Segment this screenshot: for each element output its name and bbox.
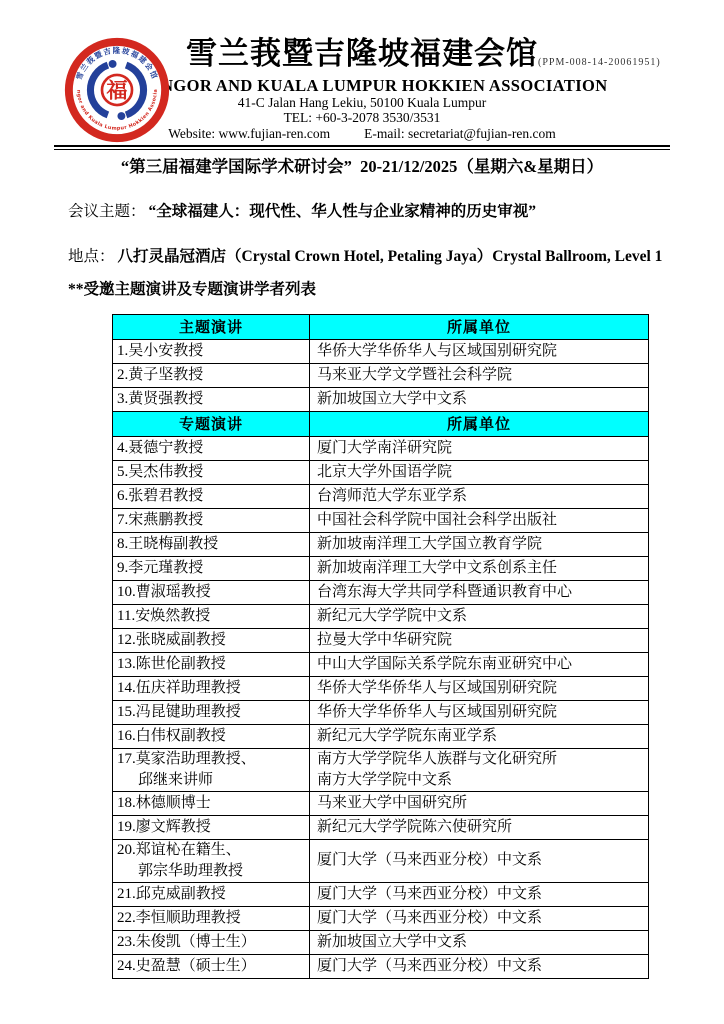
speaker-cell: 4.聂德宁教授 — [113, 436, 310, 460]
affiliation-cell: 台湾东海大学共同学科暨通识教育中心 — [310, 580, 649, 604]
table-row: 11.安焕然教授新纪元大学学院中文系 — [113, 604, 649, 628]
conference-theme: 会议主题：“全球福建人：现代性、华人性与企业家精神的历史审视” — [68, 202, 684, 222]
affiliation-cell: 北京大学外国语学院 — [310, 460, 649, 484]
table-row: 24.史盈慧（硕士生）厦门大学（马来西亚分校）中文系 — [113, 954, 649, 978]
speaker-cell: 2.黄子坚教授 — [113, 363, 310, 387]
affiliation-cell: 厦门大学南洋研究院 — [310, 436, 649, 460]
table-row: 10.曹淑瑶教授台湾东海大学共同学科暨通识教育中心 — [113, 580, 649, 604]
speaker-cell: 22.李恒顺助理教授 — [113, 906, 310, 930]
speaker-cell: 18.林德顺博士 — [113, 791, 310, 815]
table-row: 1.吴小安教授华侨大学华侨华人与区域国别研究院 — [113, 339, 649, 363]
speaker-cell: 7.宋燕鹏教授 — [113, 508, 310, 532]
affiliation-cell: 厦门大学（马来西亚分校）中文系 — [310, 906, 649, 930]
affiliation-cell: 新加坡南洋理工大学国立教育学院 — [310, 532, 649, 556]
column-header: 所属单位 — [310, 314, 649, 339]
affiliation-cell: 华侨大学华侨华人与区域国别研究院 — [310, 700, 649, 724]
conference-venue: 地点：八打灵晶冠酒店（Crystal Crown Hotel, Petaling… — [68, 247, 684, 267]
table-row: 2.黄子坚教授马来亚大学文学暨社会科学院 — [113, 363, 649, 387]
table-row: 8.王晓梅副教授新加坡南洋理工大学国立教育学院 — [113, 532, 649, 556]
speaker-cell: 16.白伟权副教授 — [113, 724, 310, 748]
speaker-cell: 9.李元瑾教授 — [113, 556, 310, 580]
table-row: 22.李恒顺助理教授厦门大学（马来西亚分校）中文系 — [113, 906, 649, 930]
affiliation-cell: 拉曼大学中华研究院 — [310, 628, 649, 652]
speaker-cell: 13.陈世伦副教授 — [113, 652, 310, 676]
conference-title: “第三届福建学国际学术研讨会” 20-21/12/2025（星期六&星期日） — [0, 156, 724, 177]
speaker-cell: 11.安焕然教授 — [113, 604, 310, 628]
document-page: 雪兰莪暨吉隆坡福建会馆 Selangor and Kuala Lumpur Ho… — [0, 0, 724, 1024]
speaker-cell: 10.曹淑瑶教授 — [113, 580, 310, 604]
speaker-list-note: **受邀主题演讲及专题演讲学者列表 — [68, 280, 684, 300]
speaker-cell: 6.张碧君教授 — [113, 484, 310, 508]
affiliation-cell: 马来亚大学文学暨社会科学院 — [310, 363, 649, 387]
speaker-cell: 24.史盈慧（硕士生） — [113, 954, 310, 978]
speaker-cell: 20.郑谊杺在籍生、郭宗华助理教授 — [113, 839, 310, 882]
affiliation-cell: 新纪元大学学院东南亚学系 — [310, 724, 649, 748]
affiliation-cell: 台湾师范大学东亚学系 — [310, 484, 649, 508]
table-row: 15.冯昆键助理教授华侨大学华侨华人与区域国别研究院 — [113, 700, 649, 724]
affiliation-cell: 中山大学国际关系学院东南亚研究中心 — [310, 652, 649, 676]
table-row: 3.黄贤强教授新加坡国立大学中文系 — [113, 387, 649, 411]
affiliation-cell: 新纪元大学学院陈六使研究所 — [310, 815, 649, 839]
affiliation-cell: 中国社会科学院中国社会科学出版社 — [310, 508, 649, 532]
association-logo: 雪兰莪暨吉隆坡福建会馆 Selangor and Kuala Lumpur Ho… — [64, 37, 170, 143]
table-row: 19.廖文辉教授新纪元大学学院陈六使研究所 — [113, 815, 649, 839]
affiliation-cell: 厦门大学（马来西亚分校）中文系 — [310, 839, 649, 882]
speaker-cell: 15.冯昆键助理教授 — [113, 700, 310, 724]
speaker-cell: 5.吴杰伟教授 — [113, 460, 310, 484]
table-section-header-row: 专题演讲所属单位 — [113, 411, 649, 436]
speaker-cell: 17.莫家浩助理教授、邱继来讲师 — [113, 748, 310, 791]
speaker-cell: 19.廖文辉教授 — [113, 815, 310, 839]
table-row: 23.朱俊凯（博士生）新加坡国立大学中文系 — [113, 930, 649, 954]
org-name-chinese: 雪兰莪暨吉隆坡福建会馆(PPM-008-14-20061951) — [186, 37, 538, 71]
table-row: 16.白伟权副教授新纪元大学学院东南亚学系 — [113, 724, 649, 748]
speaker-cell: 14.伍庆祥助理教授 — [113, 676, 310, 700]
table-row: 12.张晓威副教授拉曼大学中华研究院 — [113, 628, 649, 652]
table-row: 7.宋燕鹏教授中国社会科学院中国社会科学出版社 — [113, 508, 649, 532]
affiliation-cell: 南方大学学院华人族群与文化研究所南方大学学院中文系 — [310, 748, 649, 791]
affiliation-cell: 新加坡南洋理工大学中文系创系主任 — [310, 556, 649, 580]
speaker-cell: 23.朱俊凯（博士生） — [113, 930, 310, 954]
table-row: 4.聂德宁教授厦门大学南洋研究院 — [113, 436, 649, 460]
logo-fu-glyph: 福 — [106, 78, 127, 103]
table-row: 5.吴杰伟教授北京大学外国语学院 — [113, 460, 649, 484]
table-row: 17.莫家浩助理教授、邱继来讲师南方大学学院华人族群与文化研究所南方大学学院中文… — [113, 748, 649, 791]
theme-label: 会议主题： — [68, 203, 146, 220]
affiliation-cell: 厦门大学（马来西亚分校）中文系 — [310, 882, 649, 906]
table-row: 20.郑谊杺在籍生、郭宗华助理教授厦门大学（马来西亚分校）中文系 — [113, 839, 649, 882]
theme-text: “全球福建人：现代性、华人性与企业家精神的历史审视” — [149, 203, 537, 220]
table-row: 21.邱克威副教授厦门大学（马来西亚分校）中文系 — [113, 882, 649, 906]
affiliation-cell: 华侨大学华侨华人与区域国别研究院 — [310, 339, 649, 363]
table-row: 14.伍庆祥助理教授华侨大学华侨华人与区域国别研究院 — [113, 676, 649, 700]
speaker-cell: 3.黄贤强教授 — [113, 387, 310, 411]
table-row: 9.李元瑾教授新加坡南洋理工大学中文系创系主任 — [113, 556, 649, 580]
affiliation-cell: 马来亚大学中国研究所 — [310, 791, 649, 815]
speaker-cell: 21.邱克威副教授 — [113, 882, 310, 906]
column-header: 专题演讲 — [113, 411, 310, 436]
header-divider — [54, 145, 670, 150]
speaker-cell: 12.张晓威副教授 — [113, 628, 310, 652]
affiliation-cell: 新纪元大学学院中文系 — [310, 604, 649, 628]
table-row: 18.林德顺博士马来亚大学中国研究所 — [113, 791, 649, 815]
speaker-cell: 8.王晓梅副教授 — [113, 532, 310, 556]
column-header: 主题演讲 — [113, 314, 310, 339]
venue-label: 地点： — [68, 248, 115, 265]
affiliation-cell: 新加坡国立大学中文系 — [310, 387, 649, 411]
letterhead: 雪兰莪暨吉隆坡福建会馆 Selangor and Kuala Lumpur Ho… — [0, 0, 724, 141]
speakers-table: 主题演讲所属单位1.吴小安教授华侨大学华侨华人与区域国别研究院2.黄子坚教授马来… — [112, 314, 649, 979]
table-row: 6.张碧君教授台湾师范大学东亚学系 — [113, 484, 649, 508]
affiliation-cell: 华侨大学华侨华人与区域国别研究院 — [310, 676, 649, 700]
registration-number: (PPM-008-14-20061951) — [538, 46, 661, 80]
venue-text: 八打灵晶冠酒店（Crystal Crown Hotel, Petaling Ja… — [118, 248, 663, 265]
org-website: Website: www.fujian-ren.com — [168, 127, 330, 141]
affiliation-cell: 新加坡国立大学中文系 — [310, 930, 649, 954]
column-header: 所属单位 — [310, 411, 649, 436]
table-row: 13.陈世伦副教授中山大学国际关系学院东南亚研究中心 — [113, 652, 649, 676]
affiliation-cell: 厦门大学（马来西亚分校）中文系 — [310, 954, 649, 978]
org-email: E-mail: secretariat@fujian-ren.com — [364, 127, 556, 141]
speaker-cell: 1.吴小安教授 — [113, 339, 310, 363]
table-section-header-row: 主题演讲所属单位 — [113, 314, 649, 339]
